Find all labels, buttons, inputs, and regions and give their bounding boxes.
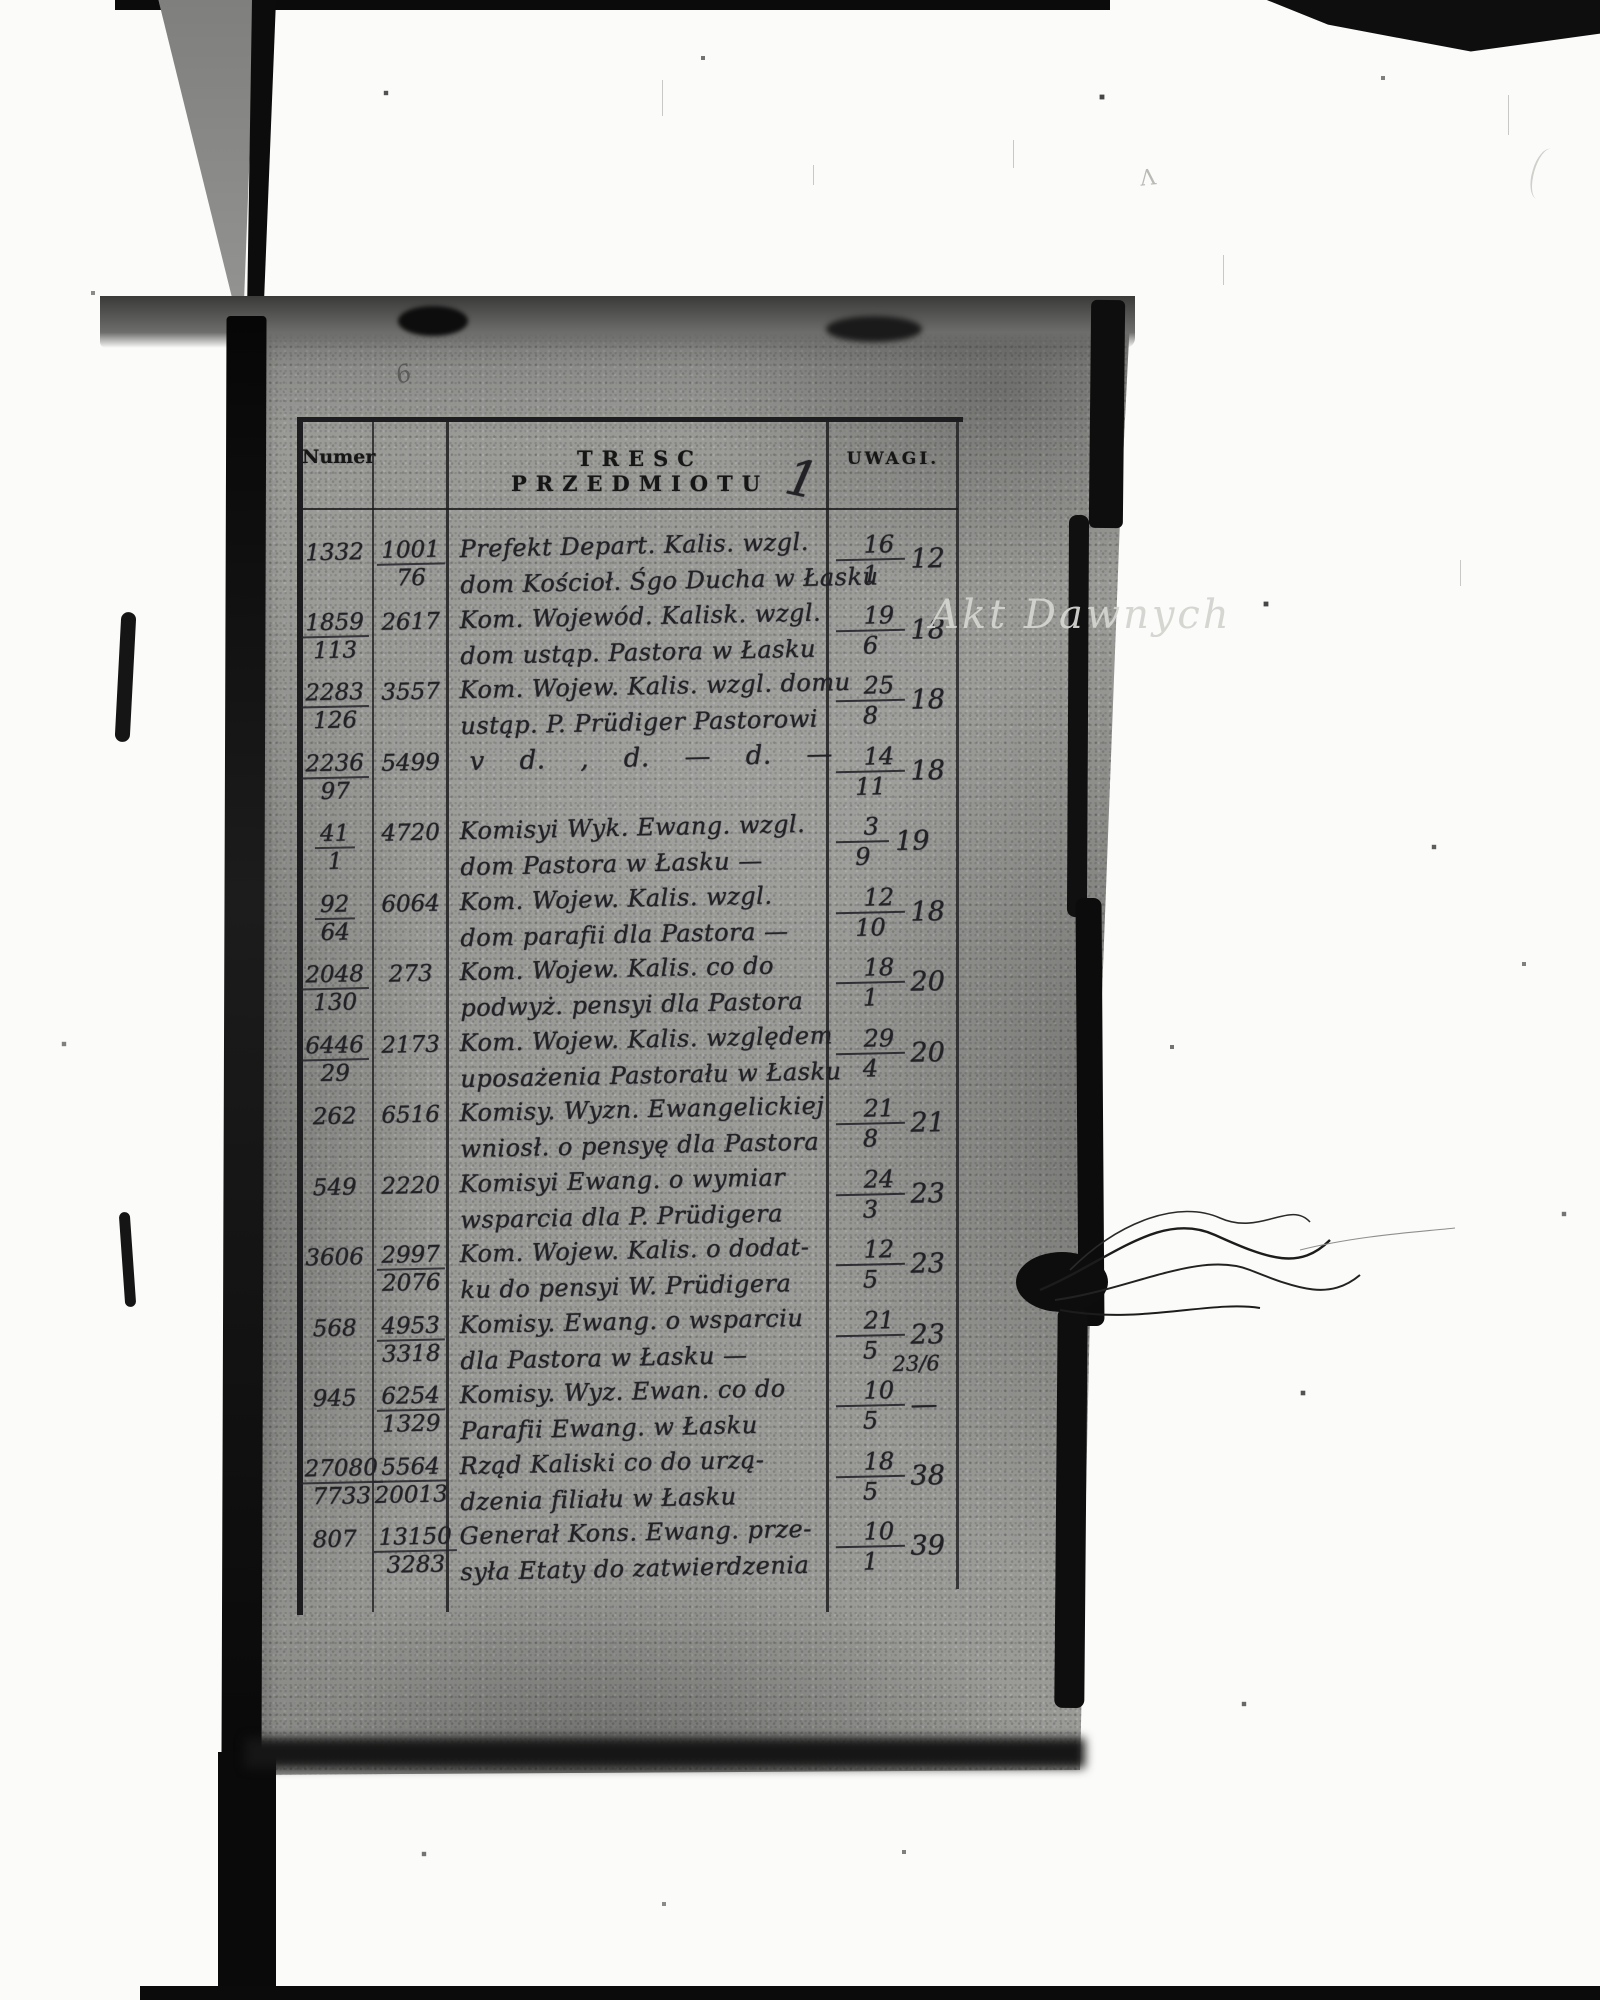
numer-value: 270807733 [299, 1456, 370, 1511]
numer-bottom: 130 [301, 989, 370, 1016]
torn-edge-strip [1089, 300, 1125, 528]
numer-value: 2048130 [299, 962, 370, 1017]
numer-bottom: 7733 [300, 1482, 384, 1509]
register-top: 3557 [376, 679, 445, 706]
register-bottom: 20013 [374, 1481, 448, 1508]
table-header-rule [300, 508, 958, 510]
register-number: 29972076 [373, 1242, 448, 1297]
date-month: 5 [836, 1265, 905, 1292]
register-number: 131503283 [373, 1524, 448, 1579]
date-month: 8 [836, 701, 905, 728]
entry-text-line2: podwyż. pensyi dla Pastora [460, 986, 833, 1022]
date-day: 21 [835, 1307, 904, 1336]
numer-top: 2236 [300, 751, 369, 780]
date-remark: 218 21 [835, 1095, 960, 1152]
scan-scratch [1013, 140, 1014, 168]
register-top: 6064 [376, 891, 445, 918]
register-bottom: 3318 [377, 1340, 446, 1367]
ink-stain [826, 316, 922, 342]
numer-value: 807 [299, 1526, 370, 1554]
entry-text-line2: dom ustąp. Pastora w Łasku [460, 634, 833, 670]
numer-top: 262 [307, 1104, 361, 1130]
date-day: 25 [835, 673, 904, 702]
register-top: 5564 [374, 1454, 448, 1483]
date-year: 23 [910, 1236, 945, 1291]
register-top: 5499 [376, 750, 445, 777]
hair-tangle [1000, 1140, 1460, 1350]
numer-value: 9264 [299, 892, 370, 947]
numer-top: 41 [315, 821, 355, 849]
entry-text-line2: syła Etaty do zatwierdzenia [460, 1550, 833, 1586]
register-top: 2220 [376, 1173, 445, 1200]
date-remark: 161 12 [835, 531, 960, 588]
numer-bottom: 97 [301, 778, 370, 805]
register-number: 6516 [373, 1101, 448, 1129]
date-year: 23 [910, 1165, 945, 1220]
date-day: 18 [835, 1448, 904, 1477]
register-top: 2617 [376, 609, 445, 636]
register-number: 556420013 [373, 1454, 448, 1509]
date-month: 6 [836, 630, 905, 657]
date-remark: 258 18 [835, 672, 960, 729]
date-month: 5 [836, 1476, 905, 1503]
date-month: 1 [836, 1547, 905, 1574]
date-remark: 39 19 [835, 813, 960, 870]
entry-text-line2: uposażenia Pastorału w Łasku [460, 1057, 833, 1093]
register-top: 4953 [376, 1313, 445, 1342]
numer-top: 2048 [300, 962, 369, 991]
entry-text-line2: ustąp. P. Prüdiger Pastorowi [460, 704, 833, 740]
register-bottom: 2076 [377, 1270, 446, 1297]
numer-bottom: 113 [301, 637, 370, 664]
pencil-caret-mark: Λ [1139, 165, 1157, 192]
entry-text-line2: dom Pastora w Łasku — [460, 845, 833, 881]
register-top: 6254 [376, 1383, 445, 1412]
column-header-tresc: TRESC PRZEDMIOTU [455, 446, 825, 496]
date-year: 12 [910, 531, 945, 586]
numer-value: 262 [299, 1103, 370, 1131]
date-month: 4 [836, 1053, 905, 1080]
register-number: 4720 [373, 819, 448, 847]
column-header-uwagi: UWAGI. [830, 449, 956, 469]
date-year: 20 [910, 954, 945, 1009]
numer-top: 1332 [300, 540, 369, 567]
page-spine-lower [218, 1752, 276, 2000]
entry-text-line2: dla Pastora w Łasku — [460, 1339, 833, 1375]
date-remark: 101 39 [835, 1518, 960, 1575]
numer-top: 549 [307, 1175, 361, 1201]
date-year: 18 [910, 883, 945, 938]
register-bottom: 76 [377, 565, 446, 592]
date-year: 18 [910, 672, 945, 727]
entry-text-line2: ku do pensyi W. Prüdigera [460, 1268, 833, 1304]
bottom-edge-ink-bar [140, 1986, 1600, 2000]
ink-stain [398, 306, 468, 336]
register-top: 1001 [376, 537, 445, 566]
register-number: 273 [373, 960, 448, 988]
numer-value: 223697 [299, 751, 370, 806]
date-day: 21 [835, 1096, 904, 1125]
numer-value: 1859113 [299, 610, 370, 665]
date-year: 19 [895, 813, 930, 868]
numer-top: 3606 [300, 1245, 369, 1272]
date-remark: 105 — [835, 1377, 960, 1434]
date-day: 19 [835, 602, 904, 631]
top-right-ink-blob [1260, 0, 1600, 56]
numer-value: 1332 [299, 539, 370, 567]
date-day: 14 [835, 743, 904, 772]
numer-top: 27080 [299, 1455, 383, 1484]
date-month: 5 [836, 1406, 905, 1433]
date-remark: 125 23 [835, 1236, 960, 1293]
numer-top: 568 [307, 1316, 361, 1342]
date-day: 12 [835, 1237, 904, 1266]
date-day: 10 [835, 1378, 904, 1407]
register-number: 62541329 [373, 1383, 448, 1438]
register-number: 6064 [373, 890, 448, 918]
torn-edge-strip [1054, 1308, 1087, 1708]
register-number: 2173 [373, 1031, 448, 1059]
entry-text-line2: Parafii Ewang. w Łasku [460, 1409, 833, 1445]
numer-bottom: 64 [315, 919, 355, 945]
date-month: 10 [836, 912, 905, 939]
column-header-numer: Numer [302, 446, 372, 468]
scan-scratch [1223, 255, 1224, 285]
faint-arc-mark [1525, 146, 1562, 203]
numer-value: 945 [299, 1385, 370, 1413]
entry-text-line2: dzenia filiału w Łasku [460, 1480, 833, 1516]
numer-value: 3606 [299, 1244, 370, 1272]
date-month: 1 [836, 983, 905, 1010]
date-year: 20 [910, 1024, 945, 1079]
numer-top: 945 [307, 1386, 361, 1412]
register-top: 6516 [376, 1102, 445, 1129]
date-year: 21 [910, 1095, 945, 1150]
table-border-top [297, 417, 963, 422]
date-remark: 294 20 [835, 1024, 960, 1081]
date-year: 38 [910, 1447, 945, 1502]
page-bottom-edge [245, 1738, 1085, 1768]
date-remark: 185 38 [835, 1447, 960, 1504]
date-year: 18 [910, 742, 945, 797]
scanned-register-page: Numer TRESC PRZEDMIOTU UWAGI. 1 1332 100… [0, 0, 1600, 2000]
register-top: 273 [383, 962, 437, 988]
numer-value: 2283126 [299, 680, 370, 735]
numer-top: 2283 [300, 680, 369, 709]
entry-text-line2: dom Kościoł. Śgo Ducha w Łasku [460, 563, 833, 599]
entry-text-line2: wsparcia dla P. Prüdigera [460, 1198, 833, 1234]
register-number: 3557 [373, 678, 448, 706]
date-remark: 1210 18 [835, 883, 960, 940]
register-number: 49533318 [373, 1313, 448, 1368]
numer-value: 568 [299, 1315, 370, 1343]
archive-watermark: Akt Dawnych [930, 592, 1232, 638]
register-number: 5499 [373, 749, 448, 777]
date-day: 16 [835, 532, 904, 561]
numer-top: 1859 [300, 610, 369, 639]
date-day: 18 [835, 955, 904, 984]
date-day: 3 [835, 814, 889, 843]
date-remark: 1411 18 [835, 742, 960, 799]
date-month: 3 [836, 1194, 905, 1221]
date-day: 10 [835, 1519, 904, 1548]
date-month: 1 [836, 560, 905, 587]
register-number: 100176 [373, 537, 448, 592]
register-number: 2220 [373, 1172, 448, 1200]
register-top: 2173 [376, 1032, 445, 1059]
entry-text-line2: wniosł. o pensyę dla Pastora [460, 1127, 833, 1163]
numer-bottom: 126 [301, 707, 370, 734]
register-number: 2617 [373, 608, 448, 636]
register-bottom: 3283 [374, 1551, 458, 1578]
scan-scratch [813, 165, 814, 185]
date-day: 29 [835, 1025, 904, 1054]
date-day: 24 [835, 1166, 904, 1195]
scan-scratch [662, 80, 663, 116]
scan-scratch [1460, 560, 1461, 586]
date-remark: 243 23 [835, 1165, 960, 1222]
register-top: 13150 [373, 1524, 457, 1553]
register-bottom: 1329 [377, 1411, 446, 1438]
numer-top: 807 [307, 1527, 361, 1553]
date-month: 9 [836, 842, 890, 869]
date-day: 12 [835, 884, 904, 913]
numer-value: 549 [299, 1174, 370, 1202]
date-month: 8 [836, 1124, 905, 1151]
torn-edge-strip [1067, 515, 1089, 917]
entry-text-line2: dom parafii dla Pastora — [460, 916, 833, 952]
register-top: 2997 [376, 1242, 445, 1271]
numer-bottom: 29 [301, 1060, 370, 1087]
numer-top: 6446 [300, 1033, 369, 1062]
numer-top: 92 [315, 892, 355, 920]
numer-value: 644629 [299, 1033, 370, 1088]
date-year: 39 [910, 1518, 945, 1573]
date-remark: 181 20 [835, 954, 960, 1011]
numer-bottom: 1 [315, 848, 355, 874]
numer-value: 411 [299, 821, 370, 876]
date-year: — [910, 1377, 938, 1432]
register-top: 4720 [376, 820, 445, 847]
scan-noise-dots [0, 0, 2, 2]
date-month: 11 [836, 771, 905, 798]
scan-scratch [1508, 95, 1509, 135]
